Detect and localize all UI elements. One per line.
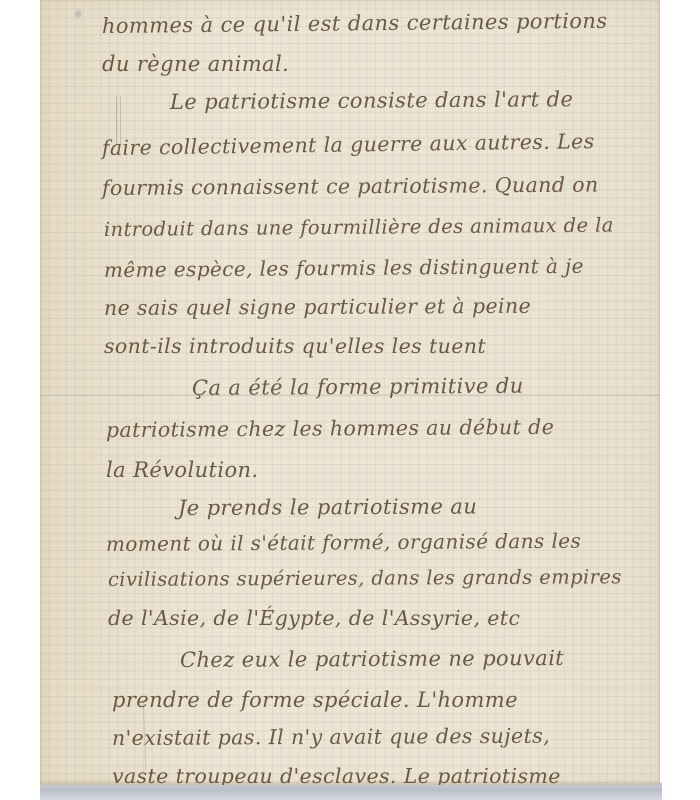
manuscript-line-12: la Révolution. bbox=[106, 460, 259, 481]
manuscript-line-6: introduit dans une fourmillière des anim… bbox=[104, 216, 614, 240]
manuscript-line-10: Ça a été la forme primitive du bbox=[192, 376, 524, 399]
manuscript-line-13: Je prends le patriotisme au bbox=[178, 496, 477, 519]
manuscript-line-14: moment où il s'était formé, organisé dan… bbox=[106, 531, 581, 554]
manuscript-line-4: faire collectivement la guerre aux autre… bbox=[102, 131, 595, 158]
manuscript-page: 3 hommes à ce qu'il est dans certaines p… bbox=[40, 0, 660, 785]
scan-bed-strip bbox=[40, 783, 662, 800]
manuscript-line-9: sont-ils introduits qu'elles les tuent bbox=[104, 336, 486, 357]
manuscript-line-1: hommes à ce qu'il est dans certaines por… bbox=[102, 11, 608, 37]
manuscript-line-19: n'existait pas. Il n'y avait que des suj… bbox=[112, 726, 550, 749]
manuscript-line-20: vaste troupeau d'esclaves. Le patriotism… bbox=[112, 766, 561, 785]
manuscript-line-17: Chez eux le patriotisme ne pouvait bbox=[180, 648, 564, 671]
manuscript-line-15: civilisations supérieures, dans les gran… bbox=[108, 567, 622, 589]
binding-hole-icon bbox=[74, 8, 82, 20]
manuscript-line-18: prendre de forme spéciale. L'homme bbox=[112, 690, 518, 711]
manuscript-line-8: ne sais quel signe particulier et à pein… bbox=[104, 296, 531, 319]
manuscript-line-11: patriotisme chez les hommes au début de bbox=[106, 417, 554, 441]
manuscript-line-16: de l'Asie, de l'Égypte, de l'Assyrie, et… bbox=[108, 608, 520, 629]
manuscript-line-5: fourmis connaissent ce patriotisme. Quan… bbox=[102, 175, 599, 199]
scanned-manuscript: 3 hommes à ce qu'il est dans certaines p… bbox=[0, 0, 700, 800]
manuscript-line-3: Le patriotisme consiste dans l'art de bbox=[170, 89, 573, 113]
manuscript-line-7: même espèce, les fourmis les distinguent… bbox=[104, 256, 584, 280]
manuscript-line-2: du règne animal. bbox=[102, 54, 289, 75]
